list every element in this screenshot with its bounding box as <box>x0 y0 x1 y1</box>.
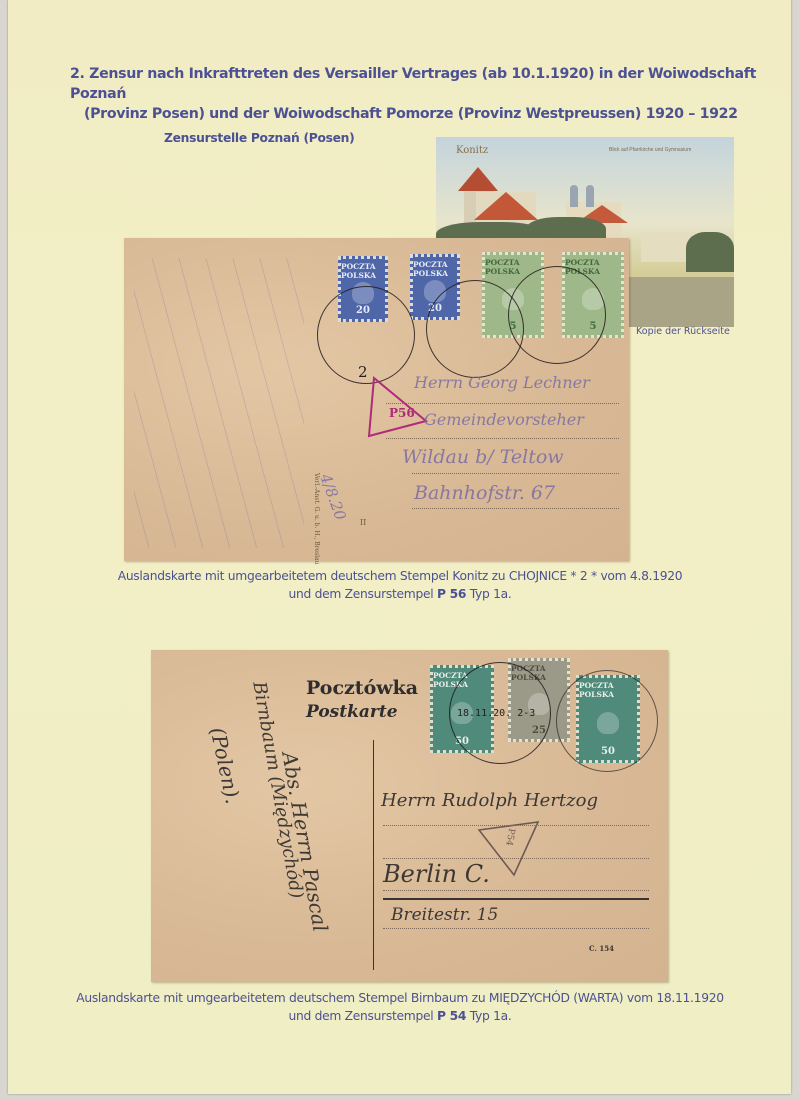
address-line-1: Herrn Georg Lechner <box>414 373 590 392</box>
roman-numeral: II <box>360 518 366 527</box>
caption-2-line-1: Auslandskarte mit umgearbeitetem deutsch… <box>50 990 750 1008</box>
address-line-1: Herrn Rudolph Hertzog <box>381 790 598 811</box>
back-picture-caption: Blick auf Pfarrkirche und Gymnasium <box>609 147 691 153</box>
postcard-2: Pocztówka Postkarte Abs. Herrn Pascal Bi… <box>151 650 668 982</box>
caption-2-line-2: und dem Zensurstempel P 54 Typ 1a. <box>50 1008 750 1026</box>
sender-line-3: (Polen). <box>206 725 246 806</box>
section-subtitle: Zensurstelle Poznań (Posen) <box>164 131 354 145</box>
stamp-country: POCZTA POLSKA <box>413 260 457 278</box>
publisher-imprint: Verl.-Anst. G. u. b. H., Breslau <box>313 473 320 565</box>
card-heading-german: Postkarte <box>306 702 398 722</box>
card-heading-polish: Pocztówka <box>306 677 418 699</box>
divider-line <box>373 740 374 970</box>
back-town-label: Konitz <box>456 145 488 156</box>
postmark-date: 18.11.20. 2-3 <box>457 708 535 719</box>
handwritten-message <box>134 258 304 548</box>
written-date: 4/8.20 <box>316 471 349 522</box>
censor-mark: P56 <box>389 406 415 420</box>
postcard-1: 4/8.20 Verl.-Anst. G. u. b. H., Breslau … <box>124 238 629 561</box>
censor-code-bold: P 54 <box>437 1009 466 1023</box>
title-line-2: (Provinz Posen) und der Woiwodschaft Pom… <box>70 104 770 124</box>
caption-1-line-1: Auslandskarte mit umgearbeitetem deutsch… <box>50 568 750 586</box>
address-line-4: Bahnhofstr. 67 <box>414 482 555 504</box>
address-line-3: Wildau b/ Teltow <box>402 446 564 468</box>
page-title: 2. Zensur nach Inkrafttreten des Versail… <box>70 64 770 124</box>
address-line-2: Berlin C. <box>383 860 490 888</box>
address-line-3: Breitestr. 15 <box>391 905 498 925</box>
back-copy-label: Kopie der Rückseite <box>636 326 730 337</box>
stamp-country: POCZTA POLSKA <box>341 262 385 280</box>
postmark-3 <box>508 266 606 364</box>
print-code: C. 154 <box>589 944 614 953</box>
title-line-1: 2. Zensur nach Inkrafttreten des Versail… <box>70 66 756 102</box>
censor-code-bold: P 56 <box>437 587 466 601</box>
caption-1: Auslandskarte mit umgearbeitetem deutsch… <box>50 568 750 603</box>
caption-2: Auslandskarte mit umgearbeitetem deutsch… <box>50 990 750 1025</box>
caption-1-line-2: und dem Zensurstempel P 56 Typ 1a. <box>50 586 750 604</box>
postmark-2 <box>556 670 658 772</box>
address-line-2: Gemeindevorsteher <box>424 410 584 429</box>
